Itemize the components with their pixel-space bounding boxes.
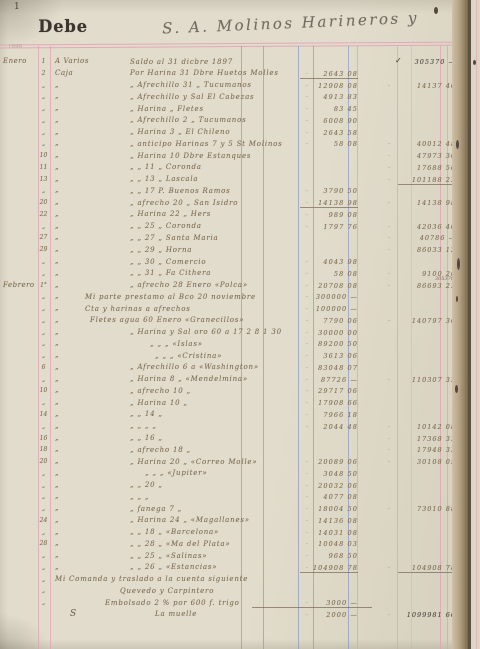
ledger-page: 1 Debe S. A. Molinos Harineros y 1898 En… (0, 0, 480, 649)
entry-description: „ „ „ «Cristina» (155, 352, 222, 360)
day-number: „ (37, 140, 50, 147)
amount-column-2: 40786 — (394, 234, 456, 242)
entry-description: Quevedo y Carpintero (120, 587, 214, 595)
entry-description: Fletes agua 60 Enero «Granecillos» (90, 316, 244, 324)
entry-description: La muelle (155, 610, 197, 618)
account-title-script: S. A. Molinos Harineros y (162, 7, 472, 38)
entry-description: Por Harina 31 Dbre Huetos Molles (130, 69, 279, 77)
ledger-row: „ „ Mi parte prestamo al Bco 20 noviembr… (0, 291, 480, 303)
ledger-row: 18 „ „ afrecho 18 „ · 17948 33 (0, 444, 480, 456)
entry-description: „ afrecho 18 „ (130, 446, 191, 454)
account-name: „ (55, 504, 59, 512)
ledger-row: 6 „ „ Afrechillo 6 a «Washington» · 8304… (0, 362, 480, 374)
amount-column-2: 14137 40 (394, 82, 456, 90)
ledger-row: „ „ „ Harina 3 „ El Chileno · 2643 58 (0, 127, 480, 139)
folio-dot: · (388, 436, 390, 443)
amount-column-2: 104908 78 (394, 564, 456, 572)
day-number: „ (37, 352, 50, 359)
ledger-row: 29 „ „ „ 29 „ Horna · 86033 12 (0, 244, 480, 256)
day-number: 10 (37, 152, 50, 159)
ledger-row: „ „ „ „ 18 „ «Barcelona» · 14031 08 (0, 527, 480, 539)
ledger-row: 20 „ „ afrecho 20 „ San Isidro · · 14138… (0, 197, 480, 209)
ledger-row: 24 „ „ Harina 24 „ «Magallanes» · 14136 … (0, 515, 480, 527)
entry-description: Cta y harinas a afrechos (85, 305, 191, 313)
account-name: „ (55, 457, 59, 465)
account-name: „ (55, 481, 59, 489)
entry-description: „ Afrechillo 2 „ Tucumanos (130, 116, 247, 124)
entry-description: „ afrecho 28 Enero «Polca» (130, 281, 248, 289)
day-number: „ (37, 564, 50, 571)
day-number: „ (37, 470, 50, 477)
account-name: „ (55, 469, 59, 477)
folio-dot: · (388, 506, 390, 513)
account-name: „ (55, 257, 59, 265)
account-name: „ (55, 434, 59, 442)
account-name: „ (55, 81, 59, 89)
day-number: „ (37, 305, 50, 312)
folio-dot: · (388, 447, 390, 454)
day-number: „ (37, 587, 50, 594)
account-name: „ (55, 551, 59, 559)
flourish-mark: S (70, 609, 76, 619)
account-name: „ (55, 386, 59, 394)
account-name: „ (55, 139, 59, 147)
amount-column-1: 83048 07 (268, 364, 358, 372)
day-number: „ (37, 340, 50, 347)
page-number: 1 (14, 2, 20, 12)
entry-description: Mi Comanda y traslado a la cuenta siguie… (55, 575, 248, 583)
ledger-row: „ „ „ „ „ «Jupiter» · 3048 50 (0, 468, 480, 480)
day-number: „ (37, 399, 50, 406)
folio-dot: · (388, 200, 390, 207)
account-name: „ (55, 210, 59, 218)
amount-column-1: 2643 08 (268, 70, 358, 78)
account-name: „ (55, 116, 59, 124)
account-name: „ (55, 363, 59, 371)
account-name: Caja (55, 69, 73, 77)
entry-description: „ „ „ (130, 493, 149, 501)
entry-description: „ fanega 7 „ (130, 505, 182, 513)
ledger-row: „ „ „ „ „ · 4077 08 (0, 491, 480, 503)
account-name: „ (55, 163, 59, 171)
entry-description: „ Harina 10 Dbre Estanques (130, 152, 251, 160)
amount-column-1: 20708 08 (268, 282, 358, 290)
day-number: 28 (37, 540, 50, 547)
entry-description: „ Afrechillo y Sal El Cabezas (130, 93, 254, 101)
account-name: „ (55, 528, 59, 536)
amount-column-1: 3613 06 (268, 352, 358, 360)
ledger-row: „ „ „ „ 30 „ Comercio · 4043 98 (0, 256, 480, 268)
account-name: „ (55, 186, 59, 194)
amount-column-1: 2000 — (268, 611, 358, 619)
ledger-row: „ „ „ „ „ «Islas» · 89200 50 (0, 338, 480, 350)
account-name: „ (55, 492, 59, 500)
amount-column-2: 30108 05 (394, 458, 456, 466)
amount-column-1: 104908 78 (268, 564, 358, 572)
day-number: „ (37, 482, 50, 489)
amount-column-2: 110307 33 (394, 376, 456, 384)
entry-description: „ „ 28 „ «Ma del Plata» (130, 540, 230, 548)
entry-description: Saldo al 31 dicbre 1897 (130, 58, 233, 66)
ledger-row: „ „ „ „ 25 „ «Salinas» · 968 50 (0, 550, 480, 562)
month-label: Febrero (3, 281, 35, 289)
ledger-row: „ „ „ „ 25 „ Coronda · · 1797 76 42036 4… (0, 221, 480, 233)
day-number: 20 (37, 199, 50, 206)
folio-dot: · (388, 235, 390, 242)
ledger-row: 28 „ „ „ 28 „ «Ma del Plata» · 10048 03 (0, 538, 480, 550)
day-number: „ (37, 258, 50, 265)
ledger-row: „ „ „ Afrechillo y Sal El Cabezas · 4913… (0, 91, 480, 103)
amount-column-1: 18004 50 (268, 505, 358, 513)
account-name: „ (55, 269, 59, 277)
day-number: „ (37, 270, 50, 277)
ledger-row: S La muelle · · 2000 — 1099981 66 (0, 609, 480, 621)
ink-spot (456, 296, 458, 302)
ledger-row: „ „ „ anticipo Harinas 7 y 5 St Molinos … (0, 138, 480, 150)
day-number: 13 (37, 176, 50, 183)
amount-column-2: 1099981 66 (394, 611, 456, 619)
folio-dot: · (388, 565, 390, 572)
amount-column-1: 14031 08 (268, 529, 358, 537)
account-name: „ (55, 410, 59, 418)
ink-spot (455, 385, 458, 393)
amount-column-1: 87726 — (268, 376, 358, 384)
day-number: „ (37, 599, 50, 606)
day-number: 1° (37, 282, 50, 289)
account-name: „ (55, 398, 59, 406)
entry-description: „ „ „ «Jupiter» (145, 469, 207, 477)
amount-column-2: 101188 23 (394, 176, 456, 184)
account-name: „ (55, 516, 59, 524)
amount-column-2: 10142 08 (394, 423, 456, 431)
next-page-rule (476, 0, 477, 649)
entry-description: Embolsado 2 % por 600 f. trigo (105, 599, 240, 607)
amount-column-1: 968 50 (268, 552, 358, 560)
account-name: „ (55, 563, 59, 571)
amount-column-2: 73010 88 (394, 505, 456, 513)
ledger-row: Enero 1 A Varios Saldo al 31 dicbre 1897… (0, 56, 480, 68)
binding-edge (452, 0, 469, 649)
ink-spot (457, 258, 460, 270)
amount-column-1: 300000 — (268, 293, 358, 301)
day-number: „ (37, 93, 50, 100)
amount-column-1: 10048 03 (268, 540, 358, 548)
day-number: 24 (37, 517, 50, 524)
day-number: 11 (37, 164, 50, 171)
ledger-row: „ „ „ „ 26 „ «Estancias» · · 104908 78 1… (0, 562, 480, 574)
folio-dot: · (388, 318, 390, 325)
entry-description: „ Afrechillo 31 „ Tucumanos (130, 81, 252, 89)
entry-description: „ „ 16 „ (130, 434, 163, 442)
account-name: „ (55, 375, 59, 383)
ledger-row: 20 „ „ Harina 20 „ «Correo Molle» · · 20… (0, 456, 480, 468)
entry-description: „ „ 14 „ (130, 410, 163, 418)
amount-column-1: 6008 90 (268, 117, 358, 125)
folio-dot: · (388, 424, 390, 431)
day-number: „ (37, 376, 50, 383)
ledger-row: „ Mi Comanda y traslado a la cuenta sigu… (0, 574, 480, 586)
ledger-row: „ „ „ Harina 10 „ · 17908 66 (0, 397, 480, 409)
folio-dot: · (388, 459, 390, 466)
amount-column-1: 20032 06 (268, 482, 358, 490)
amount-column-2: 17368 33 (394, 435, 456, 443)
account-name: A Varios (55, 57, 89, 65)
folio-dot: · (388, 83, 390, 90)
ledger-row: „ „ „ Afrechillo 31 „ Tucumanos · · 1290… (0, 80, 480, 92)
day-number: „ (37, 576, 50, 583)
entry-description: „ Harina 24 „ «Magallanes» (130, 516, 250, 524)
entry-description: „ „ 17 P. Buenos Ramos (130, 187, 231, 195)
day-number: „ (37, 187, 50, 194)
account-name: „ (55, 222, 59, 230)
ledger-row: Febrero 1° „ „ afrecho 28 Enero «Polca» … (0, 280, 480, 292)
day-number: 29 (37, 246, 50, 253)
day-number: „ (37, 423, 50, 430)
account-name: „ (55, 422, 59, 430)
folio-dot: · (388, 153, 390, 160)
ledger-row: 2 Caja Por Harina 31 Dbre Huetos Molles … (0, 68, 480, 80)
account-name: „ (55, 104, 59, 112)
folio-dot: · (388, 177, 390, 184)
account-name: „ (55, 281, 59, 289)
amount-column-2: 86033 12 (394, 246, 456, 254)
entry-description: „ „ 20 „ (130, 481, 163, 489)
account-name: „ (55, 128, 59, 136)
entry-description: „ „ 11 „ Coronda (130, 163, 202, 171)
amount-column-2: 42036 40 (394, 223, 456, 231)
amount-column-1: 83 45 (268, 105, 358, 113)
entry-description: „ Harina y Sal oro 60 a 17 2 8 1 30 (130, 328, 282, 336)
amount-column-1: 4077 08 (268, 493, 358, 501)
entry-description: „ „ „ «Islas» (150, 340, 203, 348)
account-name: „ (55, 339, 59, 347)
amount-column-2: 86693 23 (394, 282, 456, 290)
day-number: 14 (37, 411, 50, 418)
account-name: „ (55, 351, 59, 359)
ledger-row: 10 „ „ afrecho 10 „ · 29717 06 (0, 385, 480, 397)
entry-description: „ „ 30 „ Comercio (130, 258, 206, 266)
day-number: „ (37, 552, 50, 559)
day-number: „ (37, 329, 50, 336)
day-number: 27 (37, 234, 50, 241)
entry-description: „ Harina „ Fletes (130, 105, 204, 113)
ledger-rows: Enero 1 A Varios Saldo al 31 dicbre 1897… (0, 56, 480, 621)
ledger-row: 11 „ „ „ 11 „ Coronda · 17688 56 (0, 162, 480, 174)
entry-description: „ „ 25 „ Coronda (130, 222, 202, 230)
ledger-row: 27 „ „ „ 27 „ Santa Maria · 40786 — (0, 232, 480, 244)
amount-column-1: 4913 83 (268, 93, 358, 101)
amount-column-1: 3048 50 (268, 470, 358, 478)
amount-column-1: 20089 06 (268, 458, 358, 466)
folio-dot: · (388, 165, 390, 172)
amount-column-2: 140797 36 (394, 317, 456, 325)
entry-description: „ Harina 22 „ Hers (130, 210, 211, 218)
entry-description: „ „ 13 „ Lascala (130, 175, 198, 183)
entry-description: Mi parte prestamo al Bco 20 noviembre (85, 293, 256, 301)
amount-column-2: 14138 98 (394, 199, 456, 207)
folio-dot: · (388, 283, 390, 290)
ledger-row: „ „ „ Afrechillo 2 „ Tucumanos · 6008 90 (0, 115, 480, 127)
folio-dot: · (388, 271, 390, 278)
entry-description: „ „ 27 „ Santa Maria (130, 234, 218, 242)
amount-column-1: 14138 98 (268, 199, 358, 207)
account-name: „ (55, 92, 59, 100)
ledger-row: „ „ Cta y harinas a afrechos · 100000 — (0, 303, 480, 315)
entry-description: „ „ 25 „ «Salinas» (130, 552, 207, 560)
account-name: „ (55, 316, 59, 324)
entry-description: „ Harina 10 „ (130, 399, 188, 407)
day-number: „ (37, 105, 50, 112)
amount-column-1: 7966 18 (268, 411, 358, 419)
ledger-row: „ „ „ Harina y Sal oro 60 a 17 2 8 1 30 … (0, 327, 480, 339)
day-number: 2 (37, 70, 50, 77)
entry-description: „ Harina 20 „ «Correo Molle» (130, 458, 257, 466)
day-number: „ (37, 223, 50, 230)
ledger-row: „ „ „ „ 20 „ · 20032 06 (0, 480, 480, 492)
day-number: „ (37, 117, 50, 124)
day-number: 16 (37, 435, 50, 442)
account-name: „ (55, 304, 59, 312)
account-name: „ (55, 328, 59, 336)
account-name: „ (55, 233, 59, 241)
ink-spot (456, 140, 459, 149)
amount-column-2: 17688 56 (394, 164, 456, 172)
folio-dot: · (388, 247, 390, 254)
account-name: „ (55, 292, 59, 300)
folio-dot: · (388, 612, 390, 619)
amount-column-1: 3000 — (268, 599, 358, 607)
amount-column-2: 17948 33 (394, 446, 456, 454)
ledger-row: „ „ „ „ „ „ · · 2044 48 10142 08 (0, 421, 480, 433)
account-name: „ (55, 539, 59, 547)
amount-column-1: 29717 06 (268, 387, 358, 395)
month-label: Enero (3, 57, 27, 65)
amount-column-1: 17908 66 (268, 399, 358, 407)
amount-column-2: 40012 48 (394, 140, 456, 148)
day-number: 1 (37, 58, 50, 65)
amount-column-2: 305370 — (394, 58, 456, 66)
amount-column-1: 89200 50 (268, 340, 358, 348)
day-number: „ (37, 129, 50, 136)
day-number: „ (37, 293, 50, 300)
amount-column-1: 2643 58 (268, 129, 358, 137)
amount-column-1: 30000 00 (268, 329, 358, 337)
amount-column-1: 1797 76 (268, 223, 358, 231)
amount-column-1: 12908 08 (268, 82, 358, 90)
ledger-row: „ „ „ Harina „ Fletes · 83 45 (0, 103, 480, 115)
entry-description: „ afrecho 20 „ San Isidro (130, 199, 238, 207)
entry-description: „ „ 29 „ Horna (130, 246, 192, 254)
day-number: „ (37, 505, 50, 512)
entry-description: „ „ „ „ (130, 422, 157, 430)
day-number: 10 (37, 387, 50, 394)
account-name: „ (55, 445, 59, 453)
ledger-row: „ „ „ Harina 8 „ «Mendelmina» · · 87726 … (0, 374, 480, 386)
amount-column-2: 47973 36 (394, 152, 456, 160)
debit-heading: Debe (38, 17, 88, 37)
ink-spot (434, 7, 438, 14)
ledger-row: 22 „ „ Harina 22 „ Hers · 989 08 (0, 209, 480, 221)
entry-description: „ Harina 3 „ El Chileno (130, 128, 230, 136)
amount-column-1: 7790 06 (268, 317, 358, 325)
ledger-row: 10 „ „ Harina 10 Dbre Estanques · 47973 … (0, 150, 480, 162)
account-name: „ (55, 151, 59, 159)
account-name: „ (55, 198, 59, 206)
day-number: 6 (37, 364, 50, 371)
entry-description: „ afrecho 10 „ (130, 387, 191, 395)
day-number: „ (37, 529, 50, 536)
day-number: 18 (37, 446, 50, 453)
ledger-row: „ Embolsado 2 % por 600 f. trigo · 3000 … (0, 597, 480, 609)
day-number: 22 (37, 211, 50, 218)
folio-dot: · (388, 377, 390, 384)
entry-description: „ „ 26 „ «Estancias» (130, 563, 217, 571)
ledger-row: „ „ Fletes agua 60 Enero «Granecillos» ·… (0, 315, 480, 327)
amount-column-1: 100000 — (268, 305, 358, 313)
ledger-row: 16 „ „ „ 16 „ · 17368 33 (0, 433, 480, 445)
account-name: „ (55, 245, 59, 253)
ink-spot (473, 60, 476, 65)
ledger-row: „ „ „ fanega 7 „ · · 18004 50 73010 88 (0, 503, 480, 515)
ledger-row: „ Quevedo y Carpintero (0, 585, 480, 597)
ledger-row: 13 „ „ „ 13 „ Lascala · 101188 23 (0, 174, 480, 186)
amount-column-1: 2044 48 (268, 423, 358, 431)
day-number: „ (37, 317, 50, 324)
amount-column-1: 14136 08 (268, 517, 358, 525)
folio-dot: · (388, 224, 390, 231)
amount-column-1: 58 08 (268, 270, 358, 278)
entry-description: „ „ 18 „ «Barcelona» (130, 528, 219, 536)
amount-column-1: 989 08 (268, 211, 358, 219)
ledger-row: 14 „ „ „ 14 „ · 7966 18 (0, 409, 480, 421)
account-name: „ (55, 175, 59, 183)
folio-dot: · (388, 141, 390, 148)
ledger-row: „ „ „ „ 17 P. Buenos Ramos · 3790 50 (0, 185, 480, 197)
amount-column-1: 4043 98 (268, 258, 358, 266)
entry-description: „ Harina 8 „ «Mendelmina» (130, 375, 248, 383)
ledger-row: „ „ „ „ „ «Cristina» · 3613 06 (0, 350, 480, 362)
day-number: „ (37, 82, 50, 89)
day-number: 20 (37, 458, 50, 465)
amount-column-1: 58 08 (268, 140, 358, 148)
entry-description: „ Afrechillo 6 a «Washington» (130, 363, 259, 371)
day-number: „ (37, 493, 50, 500)
entry-description: „ anticipo Harinas 7 y 5 St Molinos (130, 140, 283, 148)
entry-description: „ „ 31 „ Fa Cithera (130, 269, 211, 277)
amount-column-1: 3790 50 (268, 187, 358, 195)
